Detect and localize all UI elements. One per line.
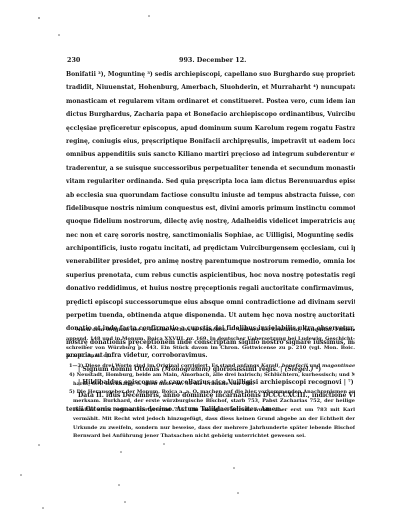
scan-speck <box>38 17 40 19</box>
footnote-5-cont: Bonifaz erlitt seinen Märtyrertod 755. D… <box>66 406 355 415</box>
footnote-italic: Karoli, bonefacii <box>261 363 308 369</box>
text-line: reginę, coniugis eius, pręscriptique Bon… <box>66 135 355 148</box>
footnote-4: 4) Neustadt, Homburg, beide am Main, Amo… <box>66 371 355 380</box>
text-line: fidelibusque nostris nimium conquestus e… <box>66 202 355 215</box>
running-header: 230 993. December 12. <box>67 55 357 65</box>
footnote-5: 5) Die Herausgeber der Monum. Boica a. a… <box>66 388 355 397</box>
scan-speck <box>237 492 239 494</box>
text-line: ab ecclesia sua quorundam factiose consu… <box>66 189 355 202</box>
footnote-5-cont: Bernward bei Anführung jener Thatsachen … <box>66 432 355 441</box>
text-line: quoque fidelium nostrorum, dilectę avię … <box>66 215 355 228</box>
source-line: Nach dem Original des k. Reichs-Archivs … <box>66 326 355 335</box>
scan-speck <box>124 501 126 503</box>
text-line: nec non et carę sororis nostrę, sanctimo… <box>66 229 355 242</box>
source-line: append. 148 und in Monum. Boica XXVIII. … <box>66 335 355 344</box>
scan-speck <box>58 34 60 36</box>
text-line: vitam regulariter ordinanda. Sed quia pr… <box>66 175 355 188</box>
scan-speck <box>118 484 120 486</box>
scan-speck <box>163 443 165 445</box>
text-line: Bonifatii ³), Moguntinę ³) sedis archiep… <box>66 68 355 81</box>
source-line: a. a. O. Anm. c). <box>66 352 355 361</box>
text-line: omnibus appenditiis suis sancto Kiliano … <box>66 148 355 161</box>
footnote-text: und <box>308 363 322 369</box>
page-number: 230 <box>67 55 80 65</box>
text-line: tradidit, Niuuenstat, Hohenburg, Amerbac… <box>66 81 355 94</box>
text-line: dictus Burghardus, Zacharia papa et Bone… <box>66 108 355 121</box>
text-line: ęcclęsiae pręficeretur episcopus, apud d… <box>66 122 355 135</box>
text-line: monasticam et regularem vitam ordinaret … <box>66 95 355 108</box>
footnote-5-cont: Urkunde zu zweifeln, sondern nur beweise… <box>66 424 355 433</box>
text-line: perpetim tuenda, obtinenda atque dispone… <box>66 309 355 322</box>
footnote-1-3: 1—3) Diese drei Worte sind im Original c… <box>66 362 355 371</box>
footnote-5-cont: merksam. Burkhard, der erste würzburgisc… <box>66 397 355 406</box>
document-page: 230 993. December 12. Bonifatii ³), Mogu… <box>0 0 396 512</box>
scan-speck <box>148 15 150 17</box>
footnote-italic: magontinae. <box>322 363 355 369</box>
text-line: traderentur, a se suisque successoribus … <box>66 162 355 175</box>
footnotes: 1—3) Diese drei Worte sind im Original c… <box>66 362 355 441</box>
scan-speck <box>42 507 44 509</box>
source-line: schreiber von Würzburg p. 443. Ein Stück… <box>66 344 355 353</box>
scan-speck <box>120 451 122 453</box>
footnote-text: 1—3) Diese drei Worte sind im Original c… <box>69 363 261 369</box>
scan-speck <box>38 444 40 446</box>
scan-speck <box>233 467 235 469</box>
text-line: prędicti episcopi successorumque eius ab… <box>66 296 355 309</box>
text-line: venerabiliter presidet, pro animę nostrę… <box>66 255 355 268</box>
footnote-4-cont: hardt, O.A. Backnang. S. oben unter nr. … <box>66 380 355 389</box>
text-line: superius prenotata, cum rebus cunctis as… <box>66 269 355 282</box>
running-title: 993. December 12. <box>179 55 246 65</box>
text-line: donativo reddidimus, et huius nostrę prę… <box>66 282 355 295</box>
footnote-5-cont: vermählt. Mit Recht wird jedoch hinzugef… <box>66 415 355 424</box>
source-note: Nach dem Original des k. Reichs-Archivs … <box>66 326 355 361</box>
text-line: archipontificis, iusto rogatu incitati, … <box>66 242 355 255</box>
scan-speck <box>20 474 22 476</box>
